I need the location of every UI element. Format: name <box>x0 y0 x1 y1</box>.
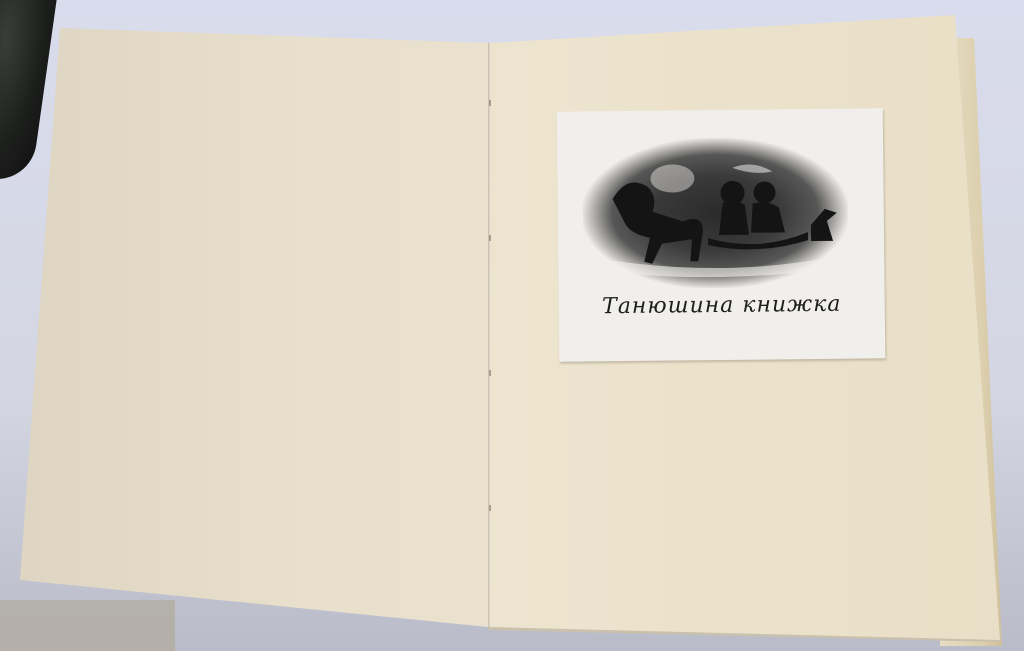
bookplate: Танюшина книжка <box>557 108 886 361</box>
sleigh-scene-icon <box>582 137 849 290</box>
dark-object-corner <box>0 0 59 184</box>
woodcut-illustration <box>582 137 849 290</box>
book-gutter <box>488 43 491 628</box>
bookplate-title: Танюшина книжка <box>577 291 867 319</box>
watermark-blur <box>0 600 175 651</box>
